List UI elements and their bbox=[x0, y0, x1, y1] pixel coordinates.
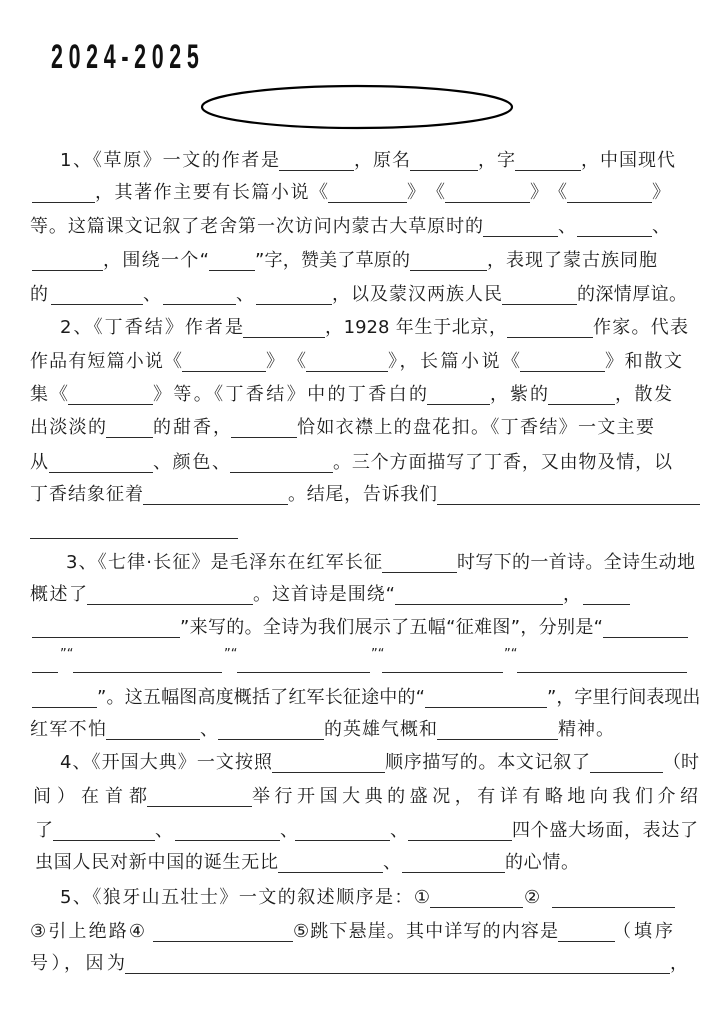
question-text: 、 bbox=[390, 819, 408, 843]
question-text: 。三个方面描写了丁香，又由物及情，以 bbox=[333, 451, 672, 475]
question-text: 》《 bbox=[407, 181, 445, 205]
answer-blank bbox=[175, 819, 280, 841]
question-text: ，原名 bbox=[354, 149, 410, 173]
question-text: 5、《狼牙山五壮士》一文的叙述顺序是：① bbox=[60, 886, 430, 910]
answer-blank bbox=[306, 350, 388, 372]
answer-blank bbox=[51, 283, 143, 305]
answer-blank bbox=[410, 249, 487, 271]
answer-blank bbox=[278, 851, 383, 873]
question-text: 、颜色、 bbox=[153, 451, 230, 475]
question-text: 、 bbox=[652, 215, 671, 239]
answer-blank bbox=[425, 686, 547, 708]
answer-blank bbox=[237, 651, 370, 673]
answer-blank bbox=[106, 718, 200, 740]
answer-blank bbox=[552, 886, 675, 908]
question-text: 。这首诗是围绕“ bbox=[253, 583, 395, 607]
answer-blank bbox=[209, 249, 255, 271]
question-text: 、 bbox=[143, 283, 163, 307]
quote-marks: ”“ bbox=[60, 647, 73, 663]
answer-blank bbox=[427, 383, 490, 405]
question-text: 顺序描写的。本文记叙了 bbox=[385, 751, 590, 775]
q3-line-5: ”。这五幅图高度概括了红军长征途中的“ ”，字里行间表现出 bbox=[0, 686, 724, 710]
answer-blank bbox=[231, 416, 297, 438]
quote-marks: ”“ bbox=[224, 647, 237, 663]
question-text: 》《 bbox=[530, 181, 567, 205]
q1-line-1: 1、《草原》一文的作者是 ，原名 ，字 ，中国现代 bbox=[0, 149, 724, 173]
question-text: ”。这五幅图高度概括了红军长征途中的“ bbox=[97, 686, 425, 710]
answer-blank bbox=[515, 149, 581, 171]
question-text: ， bbox=[670, 952, 688, 976]
answer-blank bbox=[30, 517, 238, 539]
question-text: 1、《草原》一文的作者是 bbox=[60, 149, 279, 173]
answer-blank bbox=[32, 249, 103, 271]
school-year-title: 2024-2025 bbox=[51, 40, 204, 74]
question-text: ⑤跳下悬崖。其中详写的内容是 bbox=[293, 920, 558, 944]
question-text: 等。这篇课文记叙了老舍第一次访问内蒙古大草原时的 bbox=[30, 215, 483, 239]
answer-blank bbox=[517, 651, 687, 673]
question-text: 作家。代表 bbox=[593, 316, 688, 340]
answer-blank bbox=[395, 583, 563, 605]
question-text: ，1928 年生于北京， bbox=[325, 316, 507, 340]
answer-blank bbox=[603, 616, 688, 638]
q2-line-7 bbox=[0, 517, 724, 541]
answer-blank bbox=[437, 483, 700, 505]
q2-line-1: 2、《丁香结》作者是 ，1928 年生于北京， 作家。代表 bbox=[0, 316, 724, 340]
q4-line-1: 4、《开国大典》一文按照 顺序描写的。本文记叙了 （时 bbox=[0, 751, 724, 775]
answer-blank bbox=[382, 651, 503, 673]
q2-line-4: 出淡淡的 的甜香， 恰如衣襟上的盘花扣。《丁香结》一文主要 bbox=[0, 416, 724, 440]
answer-blank bbox=[548, 383, 615, 405]
answer-blank bbox=[279, 149, 354, 171]
question-text: ，散发 bbox=[615, 383, 672, 407]
question-text: 作品有短篇小说《 bbox=[30, 350, 182, 374]
answer-blank bbox=[583, 583, 630, 605]
answer-blank bbox=[218, 718, 324, 740]
question-text: 》 bbox=[652, 181, 671, 205]
question-text: ② bbox=[524, 886, 546, 910]
question-text: 恰如衣襟上的盘花扣。《丁香结》一文主要 bbox=[297, 416, 654, 440]
question-text: 集《 bbox=[30, 383, 68, 407]
question-text: ③引上绝路④ bbox=[30, 920, 145, 944]
answer-blank bbox=[295, 819, 390, 841]
question-text: 概述了 bbox=[30, 583, 87, 607]
answer-blank bbox=[147, 785, 252, 807]
question-text: 举行开国大典的盛况，有详有略地向我们介绍 bbox=[252, 785, 698, 809]
question-text: ，以及蒙汉两族人民 bbox=[332, 283, 502, 307]
question-text: ，表现了蒙古族同胞 bbox=[487, 249, 657, 273]
answer-blank bbox=[328, 181, 407, 203]
q4-line-3: 了 、 、 、 四个盛大场面，表达了 bbox=[0, 819, 724, 843]
answer-blank bbox=[32, 181, 95, 203]
q1-line-2: ，其著作主要有长篇小说《 》《 》《 》 bbox=[0, 181, 724, 205]
q2-line-5: 从 、颜色、 。三个方面描写了丁香，又由物及情，以 bbox=[0, 451, 724, 475]
question-text: 号），因为 bbox=[30, 952, 125, 976]
q1-line-3: 等。这篇课文记叙了老舍第一次访问内蒙古大草原时的 、 、 bbox=[0, 215, 724, 239]
question-text: 精神。 bbox=[558, 718, 614, 742]
answer-blank bbox=[32, 686, 97, 708]
q2-line-3: 集《 》等。《丁香结》中的丁香白的 ，紫的 ，散发 bbox=[0, 383, 724, 407]
answer-blank bbox=[73, 651, 222, 673]
answer-blank bbox=[256, 283, 332, 305]
q1-line-4: ，围绕一个“ ”字，赞美了草原的 ，表现了蒙古族同胞 bbox=[0, 249, 724, 273]
answer-blank bbox=[382, 551, 457, 573]
answer-blank bbox=[437, 718, 558, 740]
question-text: （时 bbox=[663, 751, 698, 775]
answer-blank bbox=[408, 819, 512, 841]
quote-marks: ”“ bbox=[504, 647, 517, 663]
q3-line-4: ”“ ”“ ”“ ”“ bbox=[0, 651, 724, 675]
question-text: 。结尾，告诉我们 bbox=[288, 483, 437, 507]
answer-blank bbox=[125, 952, 670, 974]
question-text: 》等。《丁香结》中的丁香白的 bbox=[153, 383, 427, 407]
question-text: 4、《开国大典》一文按照 bbox=[60, 751, 272, 775]
answer-blank bbox=[483, 215, 558, 237]
question-text: 3、《七律·长征》是毛泽东在红军长征 bbox=[66, 551, 382, 575]
answer-blank bbox=[153, 920, 293, 942]
q3-line-6: 红军不怕 、 的英雄气概和 精神。 bbox=[0, 718, 724, 742]
question-text: 、 bbox=[236, 283, 256, 307]
answer-blank bbox=[520, 350, 605, 372]
q3-line-2: 概述了 。这首诗是围绕“ ， bbox=[0, 583, 724, 607]
answer-blank bbox=[402, 851, 505, 873]
answer-blank bbox=[32, 651, 58, 673]
question-text: 虫国人民对新中国的诞生无比 bbox=[35, 851, 278, 875]
question-text: 间）在首都 bbox=[33, 785, 147, 809]
answer-blank bbox=[558, 920, 615, 942]
answer-blank bbox=[430, 886, 523, 908]
answer-blank bbox=[445, 181, 530, 203]
q3-line-3: ”来写的。全诗为我们展示了五幅“征难图”，分别是“ bbox=[0, 616, 724, 640]
question-text: 、 bbox=[200, 718, 218, 742]
answer-blank bbox=[163, 283, 236, 305]
answer-blank bbox=[143, 483, 288, 505]
question-text: 的英雄气概和 bbox=[324, 718, 437, 742]
title-oval-shape bbox=[199, 84, 515, 130]
question-text: 》和散文 bbox=[605, 350, 682, 374]
q4-line-2: 间）在首都 举行开国大典的盛况，有详有略地向我们介绍 bbox=[0, 785, 724, 809]
question-text: ，围绕一个“ bbox=[103, 249, 209, 273]
answer-blank bbox=[590, 751, 663, 773]
q4-line-4: 虫国人民对新中国的诞生无比 、 的心情。 bbox=[0, 851, 724, 875]
answer-blank bbox=[87, 583, 253, 605]
answer-blank bbox=[49, 451, 153, 473]
quote-marks: ”“ bbox=[371, 647, 382, 663]
answer-blank bbox=[243, 316, 325, 338]
question-text: ”来写的。全诗为我们展示了五幅“征难图”，分别是“ bbox=[180, 616, 603, 640]
question-text: 红军不怕 bbox=[30, 718, 106, 742]
question-text: ”，字里行间表现出 bbox=[547, 686, 697, 710]
q1-line-5: 的 、 、 ，以及蒙汉两族人民 的深情厚谊。 bbox=[0, 283, 724, 307]
answer-blank bbox=[32, 616, 180, 638]
question-text: 、 bbox=[155, 819, 175, 843]
question-text: ”字，赞美了草原的 bbox=[255, 249, 410, 273]
question-text: 的深情厚谊。 bbox=[577, 283, 687, 307]
question-text: ，其著作主要有长篇小说《 bbox=[95, 181, 328, 205]
question-text: 2、《丁香结》作者是 bbox=[60, 316, 243, 340]
answer-blank bbox=[502, 283, 577, 305]
question-text: 了 bbox=[35, 819, 53, 843]
q2-line-6: 丁香结象征着 。结尾，告诉我们 bbox=[0, 483, 724, 507]
q5-line-1: 5、《狼牙山五壮士》一文的叙述顺序是：① ② bbox=[0, 886, 724, 910]
question-text: ，中国现代 bbox=[581, 149, 675, 173]
question-text: 从 bbox=[30, 451, 49, 475]
answer-blank bbox=[106, 416, 153, 438]
question-text: 、 bbox=[383, 851, 402, 875]
question-text: 》《 bbox=[266, 350, 306, 374]
question-text: 出淡淡的 bbox=[30, 416, 106, 440]
question-text: 》，长篇小说《 bbox=[388, 350, 520, 374]
question-text: 四个盛大场面，表达了 bbox=[512, 819, 698, 843]
answer-blank bbox=[272, 751, 385, 773]
question-text: 的心情。 bbox=[505, 851, 579, 875]
q3-line-1: 3、《七律·长征》是毛泽东在红军长征 时写下的一首诗。全诗生动地 bbox=[0, 551, 724, 575]
answer-blank bbox=[53, 819, 155, 841]
question-text: 、 bbox=[558, 215, 577, 239]
answer-blank bbox=[577, 215, 652, 237]
question-text: ，紫的 bbox=[490, 383, 548, 407]
question-text: 的甜香， bbox=[153, 416, 231, 440]
answer-blank bbox=[410, 149, 478, 171]
q5-line-3: 号），因为 ， bbox=[0, 952, 724, 976]
question-text: 、 bbox=[280, 819, 295, 843]
question-text: 丁香结象征着 bbox=[30, 483, 143, 507]
answer-blank bbox=[230, 451, 333, 473]
answer-blank bbox=[567, 181, 652, 203]
q5-line-2: ③引上绝路④ ⑤跳下悬崖。其中详写的内容是 （填序 bbox=[0, 920, 724, 944]
question-text: （填序 bbox=[613, 920, 673, 944]
answer-blank bbox=[68, 383, 153, 405]
q2-line-2: 作品有短篇小说《 》《 》，长篇小说《 》和散文 bbox=[0, 350, 724, 374]
question-text: ， bbox=[563, 583, 583, 607]
question-text: 的 bbox=[30, 283, 51, 307]
answer-blank bbox=[507, 316, 593, 338]
question-text: ，字 bbox=[478, 149, 515, 173]
question-text: 时写下的一首诗。全诗生动地 bbox=[457, 551, 695, 575]
answer-blank bbox=[182, 350, 266, 372]
